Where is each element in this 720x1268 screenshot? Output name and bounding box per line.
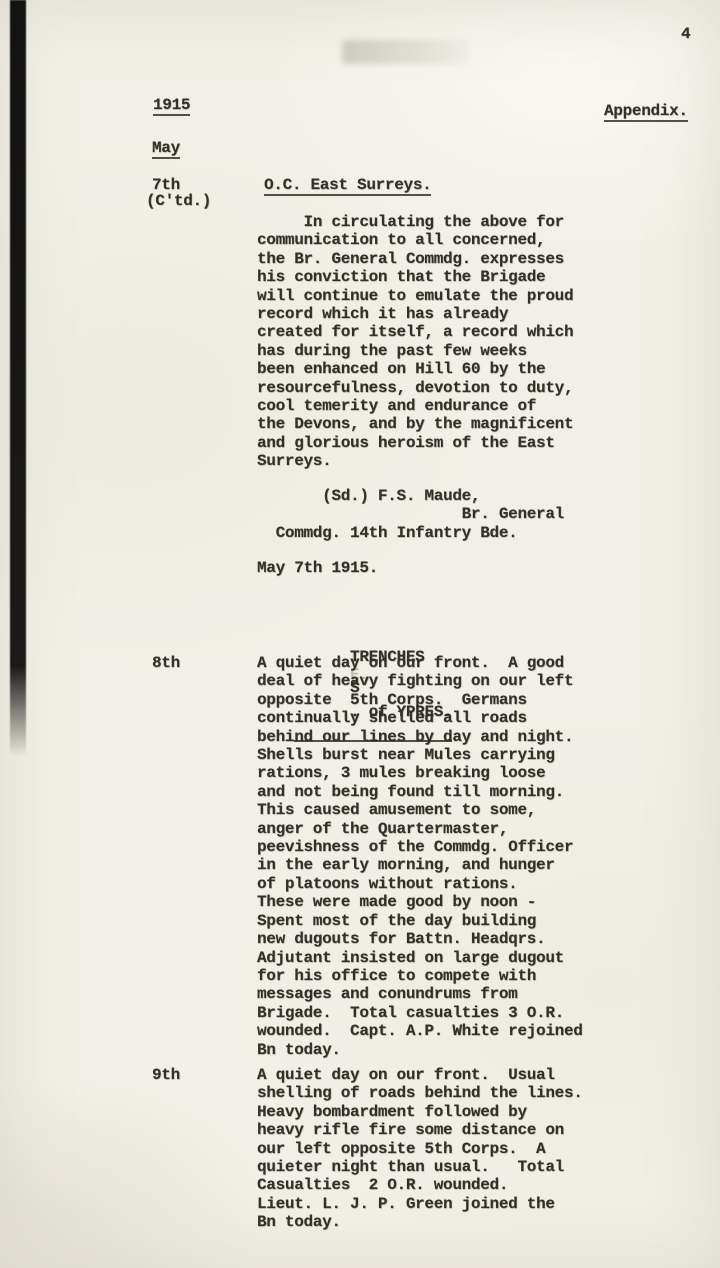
scan-edge-artifact: [10, 0, 26, 757]
month-heading: May: [152, 139, 180, 159]
page-number: 4: [681, 25, 690, 43]
oc-east-surreys-heading: O.C. East Surreys.: [264, 176, 431, 196]
entry-9-body: A quiet day on our front. Usual shelling…: [257, 1066, 583, 1232]
year-heading: 1915: [153, 96, 190, 116]
margin-continued-note: (C'td.): [146, 192, 211, 210]
entry-8-body: A quiet day on our front. A good deal of…: [257, 654, 583, 1059]
stamp-smudge: [342, 40, 470, 64]
signature-date: May 7th 1915.: [257, 559, 378, 577]
appendix-label: Appendix.: [604, 102, 688, 122]
margin-day-9th: 9th: [152, 1066, 180, 1084]
scanned-diary-page: 4 Appendix. 1915 May 7th (C'td.) O.C. Ea…: [0, 0, 720, 1268]
signature-block: (Sd.) F.S. Maude, Br. General Commdg. 14…: [257, 487, 564, 542]
margin-day-8th: 8th: [152, 654, 180, 672]
entry-7-body: In circulating the above for communicati…: [257, 213, 573, 471]
